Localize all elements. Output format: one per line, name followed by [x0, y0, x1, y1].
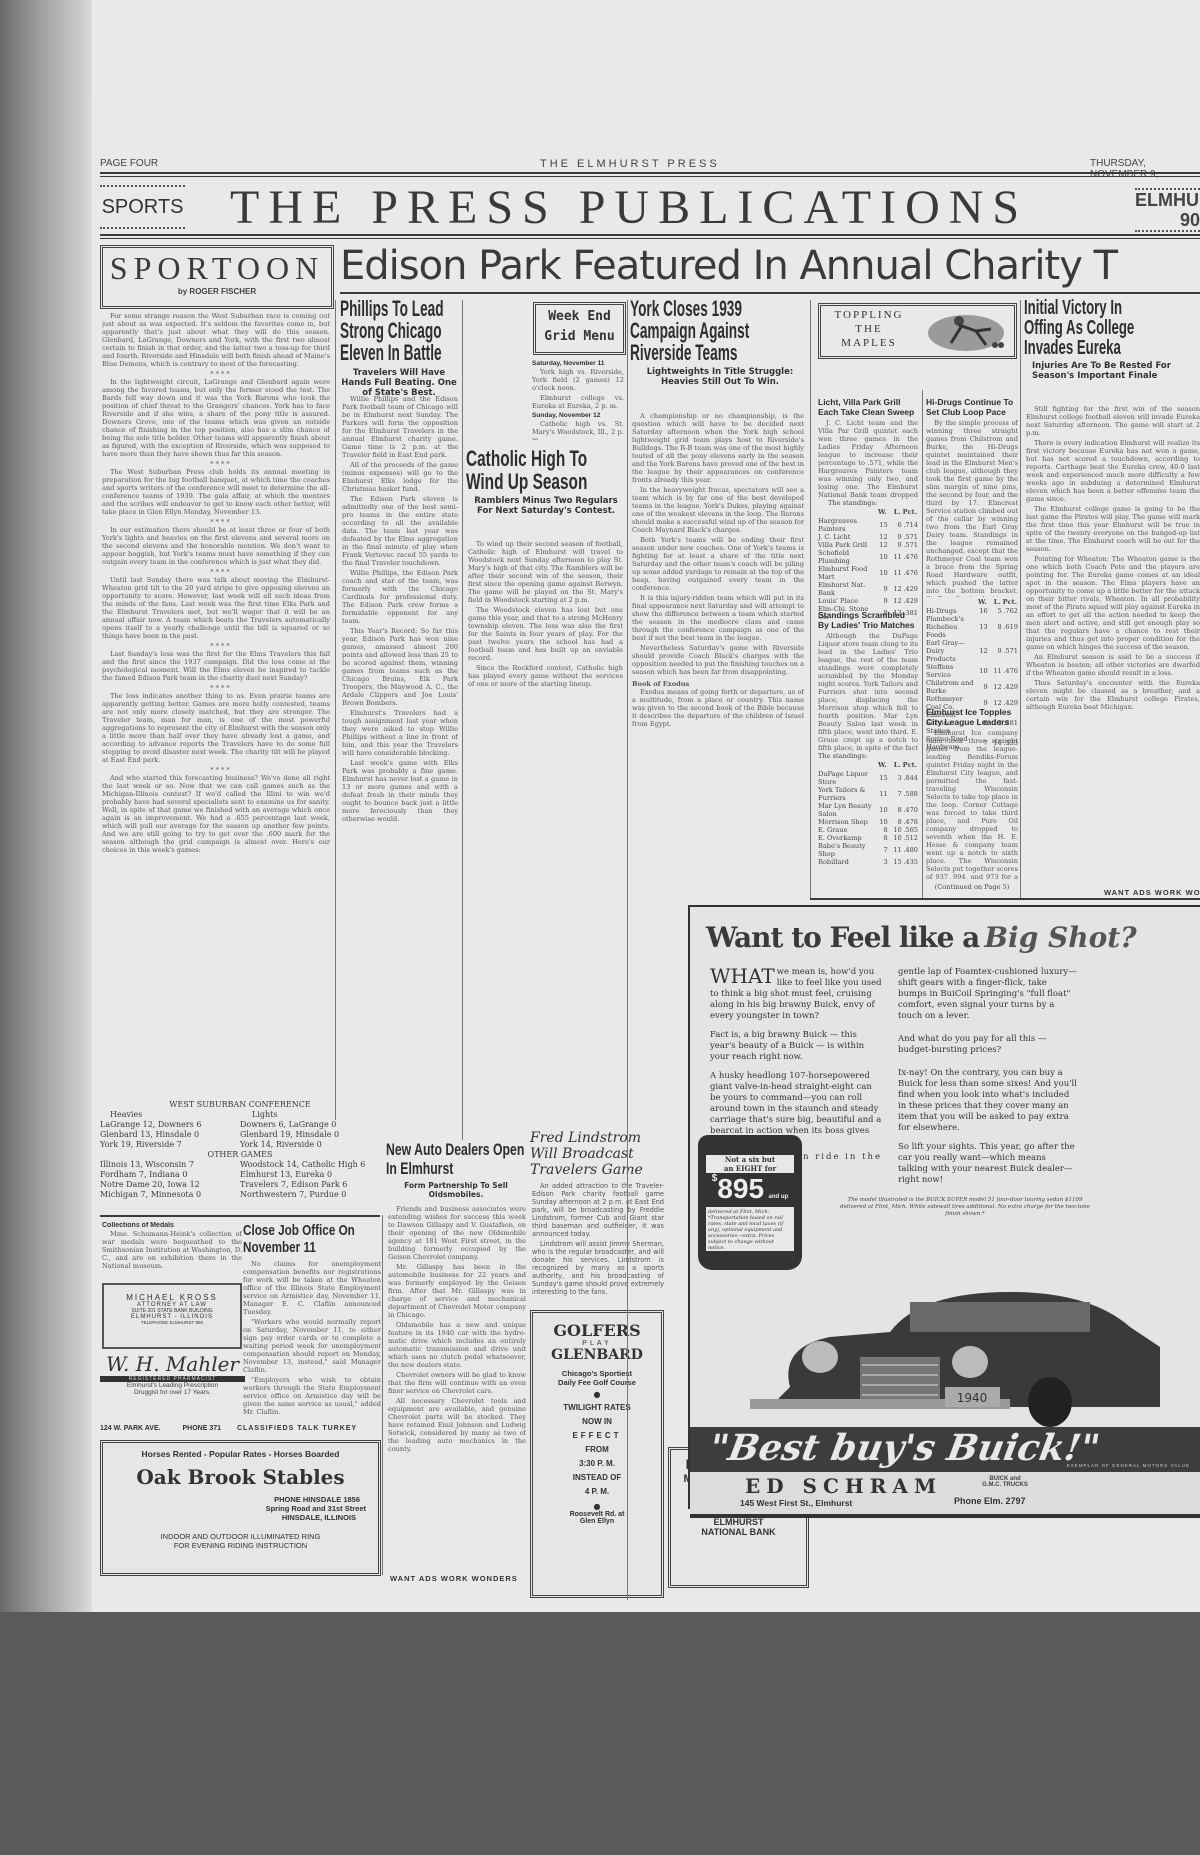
losses: 12	[888, 581, 902, 597]
separator-stars: * * * *	[102, 684, 330, 692]
maples-story-3: Hi-Drugs Continue To Set Club Loop Pace …	[926, 397, 1018, 751]
price: $895 and up	[698, 1173, 802, 1205]
column-divider	[810, 300, 811, 900]
ad-phone: PHONE 371	[183, 1425, 222, 1432]
paragraph: Ix-nay! On the contrary, you can buy a B…	[898, 1068, 1078, 1134]
team: DuPage Liquor Store	[818, 770, 874, 786]
losses: 15	[888, 858, 902, 866]
losses: 5	[988, 607, 1002, 615]
article-subhead: Travelers Will Have Hands Full Beating. …	[340, 368, 458, 398]
ad-address: 124 W. PARK AVE.	[100, 1425, 161, 1432]
article-headline: Initial Victory In Offing As College Inv…	[1024, 298, 1200, 358]
article-headline: Standings Scrambled By Ladies' Trio Matc…	[818, 610, 918, 630]
menu-game: York high vs. Riverside, York field (2 g…	[532, 368, 624, 392]
title-line: MAPLES	[829, 336, 909, 350]
section-label: SPORTS	[100, 185, 185, 229]
menu-day: Sunday, November 12	[532, 412, 624, 420]
buick-ad: Want to Feel like a Big Shot? WHATwe mea…	[688, 905, 1200, 1509]
drop-cap: WHAT	[710, 967, 775, 985]
paragraph: In the heavyweight fracas, spectators wi…	[632, 486, 804, 534]
column-divider	[1020, 300, 1021, 900]
picks-other-right: Woodstock 14, Catholic High 6 Elmhurst 1…	[240, 1160, 380, 1200]
column-header: Pct.	[902, 507, 918, 517]
paragraph: By the simple process of winning three s…	[926, 419, 1018, 597]
other-games-heading: OTHER GAMES	[100, 1150, 380, 1160]
ad-name: MICHAEL KROSS	[104, 1293, 240, 1302]
new-auto-article: New Auto Dealers Open In Elmhurst Form P…	[386, 1140, 526, 1199]
paragraph: Oldsmobile has a new and unique feature …	[388, 1321, 526, 1369]
losses: 10	[888, 834, 902, 842]
column-divider	[462, 300, 463, 1140]
medals-item: Collections of Medals Mme. Schumann-Hein…	[102, 1222, 242, 1272]
paragraph: "Workers who would normally report on Sa…	[243, 1318, 381, 1374]
price-fine-print: delivered at Flint, Mich. *Transportatio…	[706, 1207, 794, 1251]
ad-line: Druggist for over 17 Years.	[100, 1389, 245, 1396]
ad-line: FOR EVENING RIDING INSTRUCTION	[103, 1541, 378, 1550]
paragraph: The West Suburban Press club holds its a…	[102, 468, 330, 516]
wins: 3	[874, 858, 888, 866]
dealer-name: ED SCHRAM	[745, 1474, 942, 1498]
maples-story-2: Standings Scrambled By Ladies' Trio Matc…	[818, 610, 918, 866]
team: Babe's Beauty Shop	[818, 842, 874, 858]
ad-line: NOW IN	[533, 1415, 661, 1429]
table-row: Morrison Shop108.478	[818, 818, 918, 826]
table-row: Villa Park Grill129.571	[818, 541, 918, 549]
wins: 12	[874, 541, 888, 549]
paragraph: J. C. Licht team and the Villa Par Grill…	[818, 419, 918, 499]
ad-phone: TELEPHONE ELMHURST 855	[104, 1320, 240, 1325]
pick: Fordham 7, Indiana 0	[100, 1170, 240, 1180]
table-row: E. Graue810.565	[818, 826, 918, 834]
team: Robillard	[818, 858, 874, 866]
pick: Michigan 7, Minnesota 0	[100, 1190, 240, 1200]
column-header: W.	[874, 760, 888, 770]
paragraph: In our estimation there should be at lea…	[102, 526, 330, 566]
paragraph: For some strange reason the West Suburba…	[102, 312, 330, 368]
article-headline: Licht, Villa Park Grill Each Take Clean …	[818, 397, 918, 417]
article-headline: York Closes 1939 Campaign Against Rivers…	[630, 298, 810, 364]
article-subhead: Lightweights In Title Struggle: Heavies …	[630, 367, 810, 387]
headline-text: Initial Victory In Offing As College Inv…	[1024, 298, 1156, 358]
losses: 12	[888, 597, 902, 605]
paragraph: Pointing for Wheaton: The Wheaton game i…	[1026, 555, 1200, 651]
team: J. C. Licht	[818, 533, 874, 541]
pick: Elmhurst 13, Eureka 0	[240, 1170, 380, 1180]
article-subhead: Form Partnership To Sell Oldsmobiles.	[386, 1181, 526, 1199]
wins: 10	[874, 818, 888, 826]
column-header: Pct.	[1002, 597, 1018, 607]
column-byline: by ROGER FISCHER	[103, 287, 331, 296]
losses: 8	[888, 802, 902, 818]
team: Hargreaves Painters	[818, 517, 874, 533]
menu-day: Saturday, November 11	[532, 360, 624, 368]
pct: .435	[902, 858, 918, 866]
pick: York 19, Riverside 7	[100, 1140, 240, 1150]
column-divider	[627, 300, 628, 1600]
pick: Woodstock 14, Catholic High 6	[240, 1160, 380, 1170]
paragraph: The Elmhurst college game is going to be…	[1026, 505, 1200, 553]
dealer-lines: BUICK and G.M.C. TRUCKS	[970, 1476, 1040, 1488]
losses: 7	[888, 786, 902, 802]
table-row: J. C. Licht129.571	[818, 533, 918, 541]
article-headline: Elmhurst Ice Topples City League Leaders	[926, 707, 1018, 727]
ad-copy-left: WHATwe mean is, how'd you like to feel l…	[710, 967, 882, 1163]
catholic-body: To wind up their second season of footba…	[468, 540, 623, 1130]
team: Louis' Place	[818, 597, 874, 605]
wins: 9	[974, 679, 988, 695]
paragraph: Last week's game with Elks Park was prob…	[342, 759, 458, 823]
standings-table: W.L.Pct. DuPage Liquor Store153.844 York…	[818, 760, 918, 866]
losses: 11	[888, 842, 902, 858]
losses: 8	[888, 818, 902, 826]
masthead-rule	[100, 234, 1200, 236]
paragraph: Chevrolet owners will be glad to know th…	[388, 1371, 526, 1395]
sportoon-masthead: SPORTOON by ROGER FISCHER	[100, 245, 334, 309]
table-row: Hi-Drugs165.762	[926, 607, 1018, 615]
article-body: By the simple process of winning three s…	[926, 419, 1018, 597]
article-headline: New Auto Dealers Open In Elmhurst	[386, 1140, 526, 1178]
price-tag-label: Not a six but an EIGHT for	[706, 1155, 794, 1173]
pct: .476	[1002, 663, 1018, 679]
maples-story-4: Elmhurst Ice Topples City League Leaders…	[926, 707, 1018, 891]
pct: .429	[902, 581, 918, 597]
pick: Glenbard 19, Hinsdale 0	[240, 1130, 380, 1140]
table-row: Steffens Service1011.476	[926, 663, 1018, 679]
ad-address: Glen Ellyn	[533, 1518, 661, 1525]
header-rule	[100, 172, 1200, 174]
team: Steffens Service	[926, 663, 974, 679]
classifieds-note: CLASSIFIEDS TALK TURKEY	[237, 1425, 357, 1432]
ad-line: Elmhurst's Leading Prescription	[100, 1382, 245, 1389]
continued-note: (Continued on Page 5)	[926, 883, 1018, 891]
separator-stars: * * * *	[102, 642, 330, 650]
buick-car-illustration-icon: 1940	[750, 1287, 1170, 1427]
headline-script: Big Shot?	[984, 921, 1136, 954]
column-divider	[382, 1215, 383, 1575]
paragraph: So lift your sights. This year, go after…	[898, 1142, 1078, 1186]
grid-menu-box: Week End Grid Menu	[533, 302, 626, 355]
new-auto-body: Friends and business associates were ext…	[388, 1205, 526, 1555]
corner-year: 90	[1135, 210, 1200, 230]
paragraph: A championship or no championship, is th…	[632, 412, 804, 484]
table-row: Elmhurst Food Mart1011.476	[818, 565, 918, 581]
license-plate: 1940	[957, 1391, 988, 1405]
bullet-icon: ●	[533, 1390, 661, 1399]
wins: 8	[874, 826, 888, 834]
weekly-picks: WEST SUBURBAN CONFERENCE Heavies LaGrang…	[100, 1100, 380, 1200]
pct: .588	[902, 786, 918, 802]
table-row: Babe's Beauty Shop711.480	[818, 842, 918, 858]
paragraph: Willie Phillips and the Edison Park foot…	[342, 395, 458, 459]
paragraph: Still fighting for the first win of the …	[1026, 405, 1200, 437]
table-row: Mar Lyn Beauty Salon108.470	[818, 802, 918, 818]
table-row: Elmhurst Nat. Bank912.429	[818, 581, 918, 597]
wins: 12	[974, 639, 988, 663]
pct: .565	[902, 826, 918, 834]
initial-victory-body: Still fighting for the first win of the …	[1026, 405, 1200, 885]
headline-text: Want to Feel like a	[706, 921, 979, 954]
grid-menu-list: Saturday, November 11 York high vs. Rive…	[532, 360, 624, 440]
losses: 9	[888, 541, 902, 549]
pct: .619	[1002, 615, 1018, 639]
pct: .476	[902, 565, 918, 581]
section-rule	[810, 898, 1200, 900]
price-tag: Not a six but an EIGHT for $895 and up d…	[698, 1135, 802, 1270]
team: E. Overkamp	[818, 834, 874, 842]
team: Morrison Shop	[818, 818, 874, 826]
article-subhead: Ramblers Minus Two Regulars For Next Sat…	[466, 496, 626, 516]
scan-left-edge	[0, 0, 92, 1700]
paragraph: The Edison Park eleven is admittedly one…	[342, 495, 458, 567]
scan-bottom-margin	[0, 1612, 1200, 1855]
column-header: L.	[988, 597, 1002, 607]
paragraph: Since the Rockford contest, Catholic hig…	[468, 664, 623, 688]
title-line: THE	[829, 322, 909, 336]
price-suffix: and up	[769, 1194, 789, 1200]
menu-game: Elmhurst college vs. Eureka at Eureka, 2…	[532, 394, 624, 410]
losses: 3	[888, 770, 902, 786]
phillips-body: Willie Phillips and the Edison Park foot…	[342, 395, 458, 1130]
article-body: Although the DuPage Liquor store team cl…	[818, 632, 918, 752]
team: E. Graue	[818, 826, 874, 834]
wins: 15	[874, 517, 888, 533]
medals-heading: Collections of Medals	[102, 1222, 242, 1230]
york-article: York Closes 1939 Campaign Against Rivers…	[630, 298, 810, 387]
masthead-rule-thin	[100, 238, 1200, 239]
article-subhead: Injuries Are To Be Rested For Season's I…	[1024, 361, 1200, 381]
paragraph: An Elmhurst season is said to be a succe…	[1026, 653, 1200, 677]
paragraph: All necessary Chevrolet tools and equipm…	[388, 1397, 526, 1453]
paragraph: "Employers who wish to obtain workers th…	[243, 1376, 381, 1416]
paragraph: The Woodstock eleven has lost but one ga…	[468, 606, 623, 662]
column-title: SPORTOON	[103, 250, 331, 287]
ad-name: W. H. Mahler	[100, 1352, 245, 1376]
table-row: Plambeck's Richelieu Foods138.619	[926, 615, 1018, 639]
wins: 11	[874, 786, 888, 802]
corner-label: ELMHU	[1135, 190, 1200, 210]
wins: 9	[874, 581, 888, 597]
ad-copy-right: gentle lap of Foamtex-cushioned luxury—s…	[898, 967, 1078, 1186]
table-row: Robillard315.435	[818, 858, 918, 866]
paragraph: Thus Saturday's encounter with the Eurek…	[1026, 679, 1200, 711]
pick: Glenbard 13, Hinsdale 0	[100, 1130, 240, 1140]
paragraph: In the lightweight circuit, LaGrange and…	[102, 378, 330, 458]
ad-line: EFFECT	[533, 1429, 661, 1443]
pct: .844	[902, 770, 918, 786]
paragraph: No claims for unemployment compensation …	[243, 1260, 381, 1316]
paragraph: The loss indicates another thing to us. …	[102, 692, 330, 764]
sportoon-body: For some strange reason the West Suburba…	[102, 312, 330, 1057]
kross-ad: MICHAEL KROSS ATTORNEY AT LAW SUITE 201 …	[102, 1283, 242, 1349]
column-header: L.	[888, 507, 902, 517]
team: Schofield Plumbing	[818, 549, 874, 565]
ad-line: FROM	[533, 1443, 661, 1457]
separator-stars: * * * *	[102, 370, 330, 378]
ad-line: 3:30 P. M.	[533, 1457, 661, 1471]
pct: .714	[902, 517, 918, 533]
maples-story-1: Licht, Villa Park Grill Each Take Clean …	[818, 397, 918, 621]
wins: 10	[874, 802, 888, 818]
job-office-article: Close Job Office On November 11 No claim…	[243, 1222, 381, 1422]
pct: .512	[902, 834, 918, 842]
maples-title: TOPPLING THE MAPLES	[829, 308, 909, 350]
ad-rates: TWILIGHT RATES NOW IN EFFECT FROM 3:30 P…	[533, 1401, 661, 1499]
ad-tagline: Horses Rented - Popular Rates - Horses B…	[103, 1449, 378, 1459]
pick: Illinois 13, Wisconsin 7	[100, 1160, 240, 1170]
initial-victory-article: Initial Victory In Offing As College Inv…	[1024, 298, 1200, 381]
paragraph: Exodus means of going forth or departure…	[632, 688, 804, 728]
table-row: E. Overkamp810.512	[818, 834, 918, 842]
menu-game: Catholic high vs. St. Mary's Woodstock, …	[532, 420, 624, 440]
box-title: Week End Grid Menu	[536, 305, 623, 347]
article-headline: Phillips To Lead Strong Chicago Eleven I…	[340, 298, 458, 364]
tag-line: an EIGHT for	[706, 1164, 794, 1173]
pick: Northwestern 7, Purdue 0	[240, 1190, 380, 1200]
bullet-icon: ●	[533, 1502, 661, 1511]
wins: 13	[974, 615, 988, 639]
paragraph: Until last Sunday there was talk about m…	[102, 576, 330, 640]
wins: 16	[974, 607, 988, 615]
picks-other-left: Illinois 13, Wisconsin 7 Fordham 7, Indi…	[100, 1160, 240, 1200]
ad-line: Daily Fee Golf Course	[533, 1378, 661, 1387]
picks-heading: WEST SUBURBAN CONFERENCE	[100, 1100, 380, 1110]
stables-ad: Horses Rented - Popular Rates - Horses B…	[100, 1440, 381, 1576]
pct: .571	[1002, 639, 1018, 663]
team: Elmhurst Nat. Bank	[818, 581, 874, 597]
column-header: W.	[974, 597, 988, 607]
wins: 10	[974, 663, 988, 679]
pct: .571	[902, 541, 918, 549]
paper-name: THE ELMHURST PRESS	[540, 158, 720, 170]
separator-stars: * * * *	[102, 766, 330, 774]
article-body: Elmhurst Ice company team took three str…	[926, 729, 1018, 879]
losses: 9	[988, 639, 1002, 663]
paragraph: Mr. Gillaspy has been in the automobile …	[388, 1263, 526, 1319]
dealer-band: ED SCHRAM 145 West First St., Elmhurst B…	[690, 1472, 1200, 1518]
paragraph: Last Sunday's loss was the first for the…	[102, 650, 330, 682]
paragraph: All of the proceeds of the game (minus e…	[342, 461, 458, 493]
table-row: Schofield Plumbing1011.476	[818, 549, 918, 565]
paragraph: Both York's teams will be ending their f…	[632, 536, 804, 592]
table-row: Chilstrom and Burke912.429	[926, 679, 1018, 695]
wins: 7	[874, 842, 888, 858]
paragraph: Friends and business associates were ext…	[388, 1205, 526, 1261]
ad-name: NATIONAL BANK	[671, 1527, 806, 1537]
tag-line: Not a six but	[706, 1155, 794, 1164]
table-row: Hargreaves Painters156.714	[818, 517, 918, 533]
paragraph: It is this injury-ridden team which will…	[632, 594, 804, 642]
picks-rule	[100, 1215, 380, 1217]
losses: 9	[888, 533, 902, 541]
column-header: L.	[888, 760, 902, 770]
ad-name: Oak Brook Stables	[103, 1465, 378, 1489]
paragraph: Although the DuPage Liquor store team cl…	[818, 632, 918, 752]
ad-city: HINSDALE, ILLINOIS	[103, 1513, 378, 1522]
dealer-phone: Phone Elm. 2797	[954, 1496, 1026, 1506]
losses: 10	[888, 826, 902, 834]
team: Chilstrom and Burke	[926, 679, 974, 695]
pct: .762	[1002, 607, 1018, 615]
table-row: Louis' Place912.429	[818, 597, 918, 605]
pct: .571	[902, 533, 918, 541]
pct: .470	[902, 802, 918, 818]
heavies-label: Heavies	[100, 1110, 240, 1120]
pct: .480	[902, 842, 918, 858]
paragraph: Willie Phillips, the Edison Park coach a…	[342, 569, 458, 625]
want-ads-slogan: WANT ADS WORK WONDERS	[1104, 888, 1200, 897]
paragraph: Elmhurst Ice company team took three str…	[926, 729, 1018, 879]
title-line: TOPPLING	[829, 308, 909, 322]
standings-label: The standings:	[818, 499, 918, 507]
column-divider	[335, 300, 336, 1120]
maples-banner: TOPPLING THE MAPLES	[818, 303, 1017, 359]
table-row: York Tailors & Furriers117.588	[818, 786, 918, 802]
paragraph: This Year's Record: So far this year, Ed…	[342, 627, 458, 707]
team: Plambeck's Richelieu Foods	[926, 615, 974, 639]
ad-phone: PHONE HINSDALE 1856	[103, 1495, 378, 1504]
pick: LaGrange 12, Downers 6	[100, 1120, 240, 1130]
masthead-title: THE PRESS PUBLICATIONS	[230, 180, 950, 235]
ad-line: INDOOR AND OUTDOOR ILLUMINATED RING	[103, 1532, 378, 1541]
ad-slogan: "Best buy's Buick!"	[706, 1427, 1103, 1469]
wins: 8	[874, 834, 888, 842]
article-body: No claims for unemployment compensation …	[243, 1260, 381, 1420]
page-number: PAGE FOUR	[100, 158, 158, 169]
losses: 11	[888, 549, 902, 565]
table-row: DuPage Liquor Store153.844	[818, 770, 918, 786]
standings-table: W.L.Pct. Hargreaves Painters156.714 J. C…	[818, 507, 918, 621]
wins: 15	[874, 770, 888, 786]
bowler-illustration-icon	[921, 309, 1011, 353]
column-header: W.	[874, 507, 888, 517]
paragraph: And what do you pay for all this — budge…	[898, 1034, 1078, 1056]
team: Mar Lyn Beauty Salon	[818, 802, 874, 818]
team: Elmhurst Food Mart	[818, 565, 874, 581]
separator-stars: * * * *	[102, 460, 330, 468]
want-ads-slogan: WANT ADS WORK WONDERS	[390, 1574, 518, 1583]
ad-headline: Want to Feel like a Big Shot?	[706, 921, 1137, 954]
team: Earl Gray—Dairy Products	[926, 639, 974, 663]
price-value: 895	[717, 1173, 764, 1204]
phillips-article: Phillips To Lead Strong Chicago Eleven I…	[340, 298, 458, 398]
ad-line: INSTEAD OF	[533, 1471, 661, 1485]
paragraph: Elmhurst's Travelers had a tough assignm…	[342, 709, 458, 757]
banner-rule	[340, 292, 1200, 294]
ad-address: Roosevelt Rd. at	[533, 1511, 661, 1518]
losses: 11	[988, 663, 1002, 679]
dealer-line: G.M.C. TRUCKS	[970, 1482, 1040, 1488]
masthead-corner: ELMHU 90	[1135, 188, 1200, 232]
pick: Notre Dame 20, Iowa 12	[100, 1180, 240, 1190]
article-headline: Catholic High To Wind Up Season	[466, 447, 627, 493]
ad-name: ELMHURST	[671, 1517, 806, 1527]
header-rule-thin	[100, 176, 1200, 177]
exodus-heading: Book of Exodus	[632, 680, 804, 688]
pct: .429	[1002, 679, 1018, 695]
paragraph: To wind up their second season of footba…	[468, 540, 623, 604]
pct: .476	[902, 549, 918, 565]
article-headline: Close Job Office On November 11	[243, 1222, 381, 1256]
paragraph: And who started this forecasting busines…	[102, 774, 330, 854]
losses: 8	[988, 615, 1002, 639]
separator-stars: * * * *	[102, 518, 330, 526]
table-row: Earl Gray—Dairy Products129.571	[926, 639, 1018, 663]
article-headline: Hi-Drugs Continue To Set Club Loop Pace	[926, 397, 1018, 417]
paragraph: Nevertheless Saturday's game with Rivers…	[632, 644, 804, 676]
team: Villa Park Grill	[818, 541, 874, 549]
losses: 12	[988, 679, 1002, 695]
mahler-ad: W. H. Mahler REGISTERED PHARMACIST Elmhu…	[100, 1352, 245, 1427]
